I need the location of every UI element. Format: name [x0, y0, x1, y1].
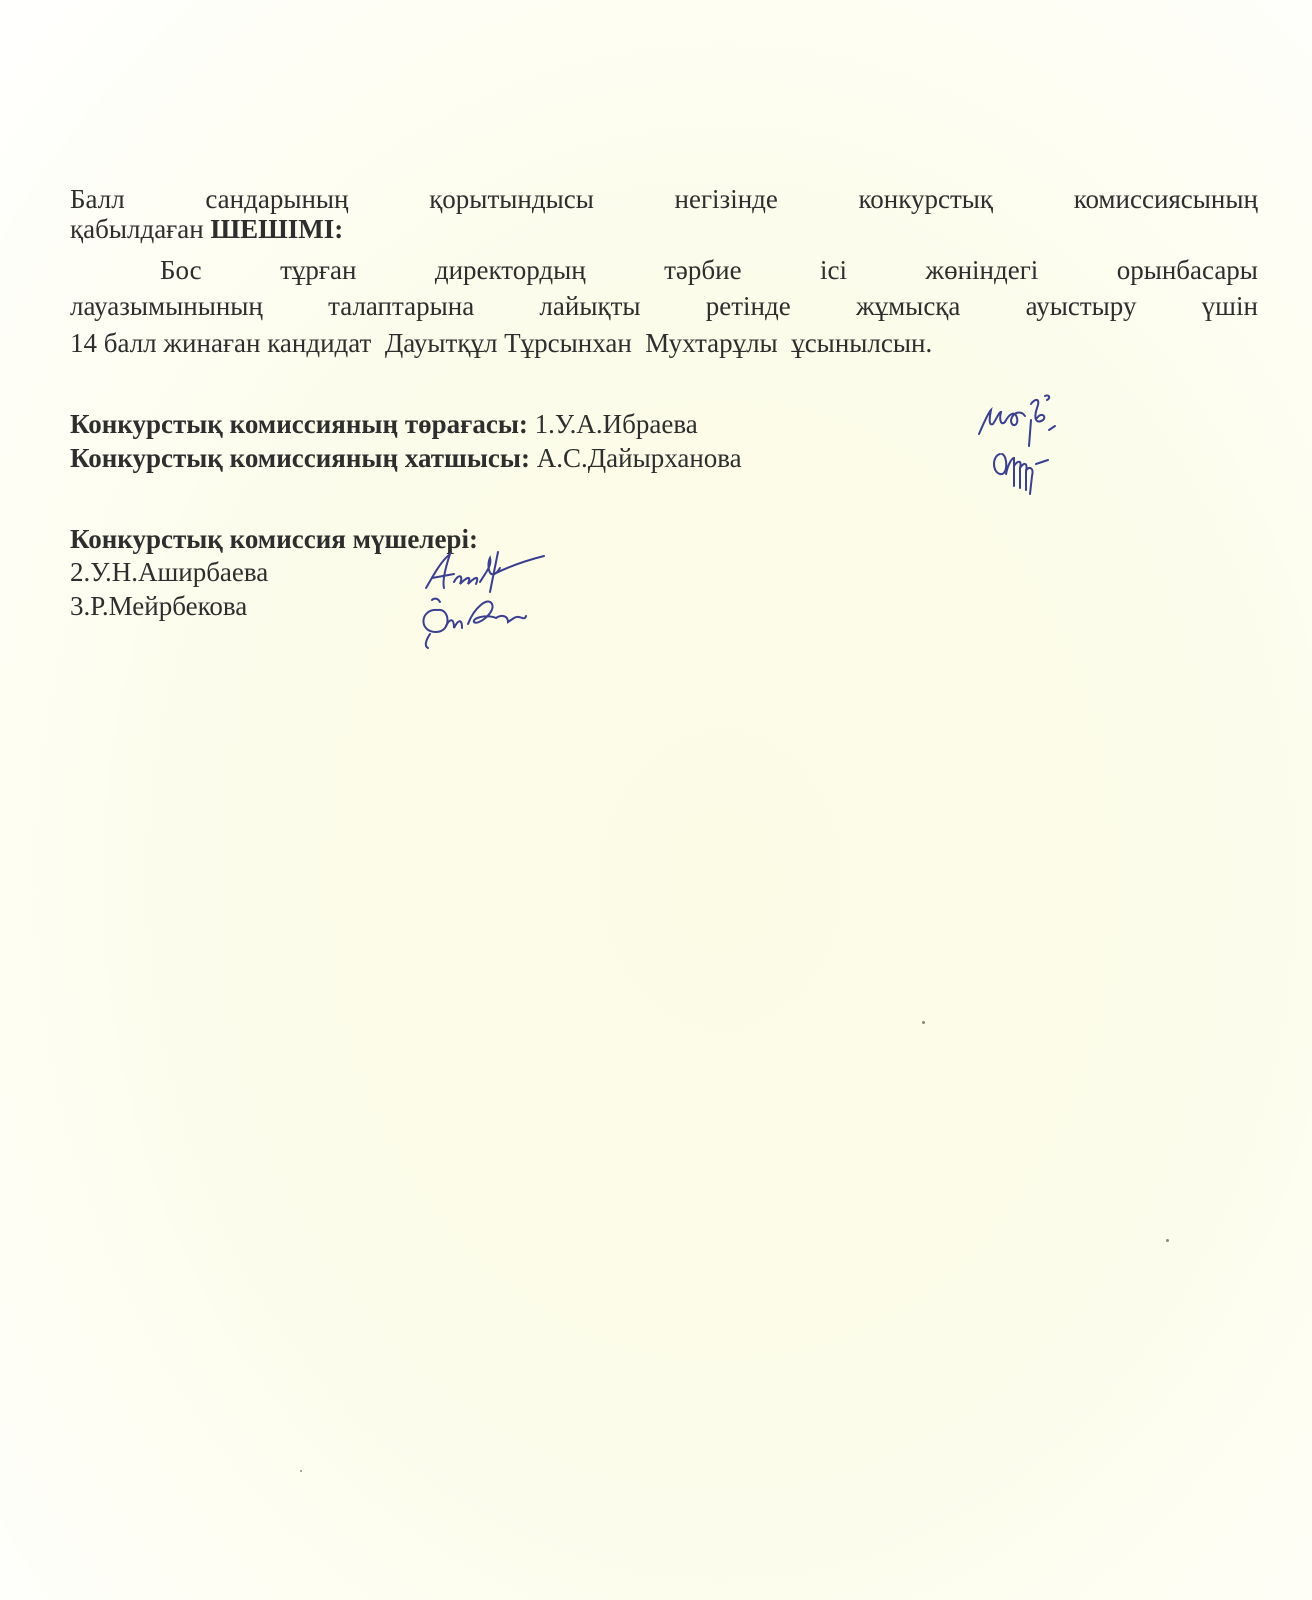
word: негізінде: [675, 183, 778, 215]
word: лайықты: [539, 290, 640, 322]
word: талаптарына: [328, 290, 474, 322]
word: үшін: [1202, 290, 1258, 322]
paper-speck: [300, 1470, 302, 1472]
secretary-signature-icon: [990, 446, 1060, 498]
word: Балл: [70, 183, 125, 215]
word: ісі: [820, 254, 847, 286]
member-2: 3.Р.Мейрбекова: [70, 590, 1258, 622]
word: қорытындысы: [429, 183, 594, 215]
word: комиссиясының: [1074, 183, 1258, 215]
paragraph-2-line-2: лауазымынының талаптарына лайықты ретінд…: [70, 290, 1258, 322]
member-2-signature-icon: [416, 588, 536, 650]
word: орынбасары: [1117, 254, 1258, 286]
secretary-name: А.С.Дайырханова: [530, 443, 742, 473]
paragraph-1-line-1: Балл сандарының қорытындысы негізінде ко…: [70, 183, 1258, 215]
chairman-label: Конкурстық комиссияның төрағасы:: [70, 409, 528, 439]
chairman-name: 1.У.А.Ибраева: [528, 409, 698, 439]
secretary-label: Конкурстық комиссияның хатшысы:: [70, 443, 530, 473]
decision-prefix: қабылдаған: [70, 214, 210, 244]
word: жұмысқа: [856, 290, 960, 322]
word: директордың: [435, 254, 586, 286]
member-1: 2.У.Н.Аширбаева: [70, 556, 1258, 588]
paragraph-2-line-3: 14 балл жинаған кандидат Дауытқұл Тұрсын…: [70, 327, 1258, 359]
word: ауыстыру: [1026, 290, 1137, 322]
chairman-signature-icon: [975, 390, 1065, 450]
word: жөніндегі: [925, 254, 1038, 286]
document-page: Балл сандарының қорытындысы негізінде ко…: [0, 0, 1312, 1600]
word: сандарының: [205, 183, 348, 215]
decision-heading: ШЕШІМІ:: [210, 214, 343, 244]
word: лауазымынының: [70, 290, 263, 322]
word: тұрған: [280, 254, 356, 286]
chairman-line: Конкурстық комиссияның төрағасы: 1.У.А.И…: [70, 408, 1258, 440]
secretary-line: Конкурстық комиссияның хатшысы: А.С.Дайы…: [70, 442, 1258, 474]
paper-speck: [1166, 1239, 1169, 1242]
word: Бос: [160, 254, 202, 286]
word: конкурстық: [859, 183, 993, 215]
members-heading: Конкурстық комиссия мүшелері:: [70, 523, 1258, 555]
word: тәрбие: [664, 254, 741, 286]
word: ретінде: [706, 290, 791, 322]
paragraph-1-line-2: қабылдаған ШЕШІМІ:: [70, 213, 1258, 245]
paper-speck: [922, 1021, 925, 1024]
paragraph-2-line-1: Бос тұрған директордың тәрбие ісі жөнінд…: [160, 254, 1258, 286]
